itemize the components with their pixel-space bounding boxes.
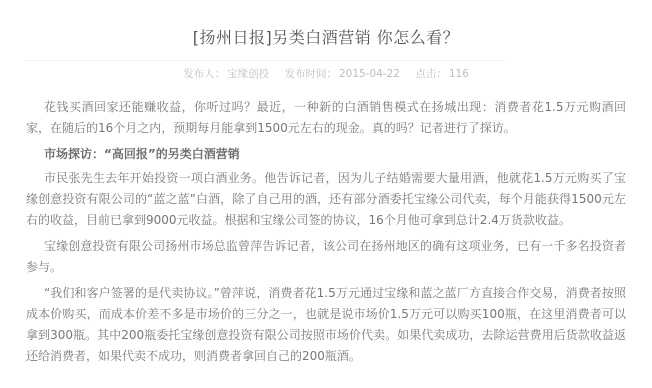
paragraph: 宝缘创意投资有限公司扬州市场总监曾萍告诉记者，该公司在扬州地区的确有这项业务，已… [26, 236, 626, 278]
article-body: 花钱买酒回家还能赚收益，你听过吗？最近，一种新的白酒销售模式在扬城出现：消费者花… [26, 97, 626, 372]
paragraph-intro: 花钱买酒回家还能赚收益，你听过吗？最近，一种新的白酒销售模式在扬城出现：消费者花… [26, 97, 626, 139]
section-subheading: 市场探访：“高回报”的另类白酒营销 [26, 144, 626, 165]
publisher-label: 发布人： [183, 68, 225, 80]
publish-date: 2015-04-22 [339, 68, 400, 80]
publisher: 宝缘创投 [227, 68, 269, 80]
article-title: [扬州日报]另类白酒营销 你怎么看？ [0, 28, 652, 48]
date-label: 发布时间： [284, 68, 337, 80]
clicks-label: 点击： [415, 68, 447, 80]
paragraph: 市民张先生去年开始投资一项白酒业务。他告诉记者，因为儿子结婚需要大量用酒，他就花… [26, 168, 626, 231]
paragraph: “我们和客户签署的是代卖协议。”曾萍说，消费者花1.5万元通过宝缘和蓝之蓝厂方直… [26, 283, 626, 367]
title-divider [26, 60, 506, 61]
click-count: 116 [449, 68, 469, 80]
article-meta: 发布人：宝缘创投 发布时间：2015-04-22 点击：116 [0, 67, 652, 81]
